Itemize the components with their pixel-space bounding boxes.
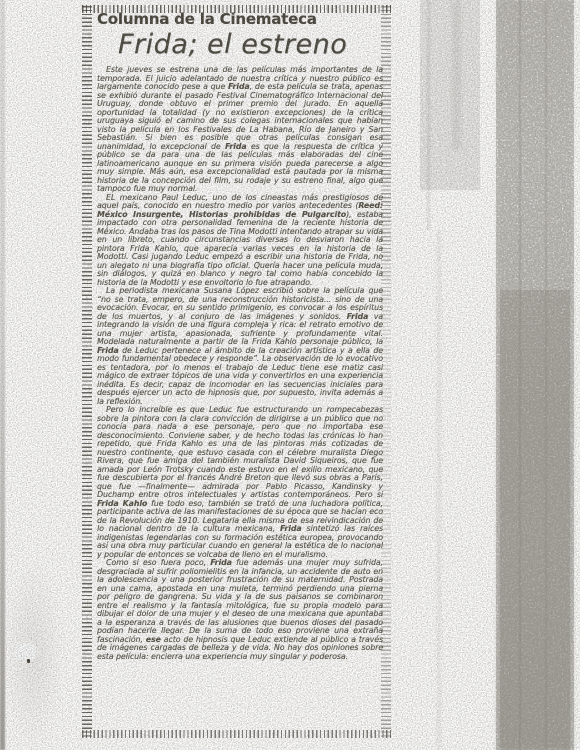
article-paragraph: Este jueves se estrena una de las pelícu…	[97, 66, 383, 194]
photocopy-streak-line	[427, 0, 430, 230]
photocopy-streak-line	[519, 0, 521, 750]
paragraph-text: , de esta película se trata, apenas se e…	[97, 82, 383, 151]
photocopy-smudge	[2, 560, 64, 750]
column-header: Columna de la Cinemateca	[97, 10, 383, 28]
paragraph-text: de Leduc pertenece al ámbito de la creac…	[97, 346, 383, 406]
article-paragraph: Como si eso fuera poco, Frida fue además…	[97, 559, 383, 661]
hole-punch-spot	[14, 641, 38, 663]
article-column: Columna de la Cinemateca Frida; el estre…	[97, 10, 383, 732]
paragraph-text: Pero lo increíble es que Leduc fue estru…	[97, 405, 383, 499]
scanned-page: Columna de la Cinemateca Frida; el estre…	[0, 0, 580, 750]
article-headline: Frida; el estreno	[118, 29, 383, 60]
ink-speck	[27, 659, 30, 663]
paragraph-text: fue además una mujer muy sufrida, desgra…	[97, 558, 383, 644]
scan-edge-shadow	[0, 0, 5, 750]
paragraph-text: EL mexicano Paul Leduc, uno de los cinea…	[97, 193, 383, 211]
article-paragraph: La periodista mexicana Susana López escr…	[97, 287, 383, 406]
photocopy-streak-band	[497, 0, 573, 750]
paragraph-text: La periodista mexicana Susana López escr…	[97, 286, 383, 321]
article-body: Este jueves se estrena una de las pelícu…	[97, 66, 383, 661]
clipping-border-left	[82, 6, 92, 737]
photocopy-streak-line	[437, 230, 441, 750]
article-paragraph: EL mexicano Paul Leduc, uno de los cinea…	[97, 194, 383, 288]
photocopy-streak-line	[452, 0, 461, 150]
paragraph-text: ), estaba impactado con otra personalida…	[97, 210, 383, 287]
paragraph-text: es que la respuesta de crítica y público…	[97, 142, 383, 194]
photocopy-streak-line	[545, 0, 547, 750]
article-paragraph: Pero lo increíble es que Leduc fue estru…	[97, 406, 383, 559]
